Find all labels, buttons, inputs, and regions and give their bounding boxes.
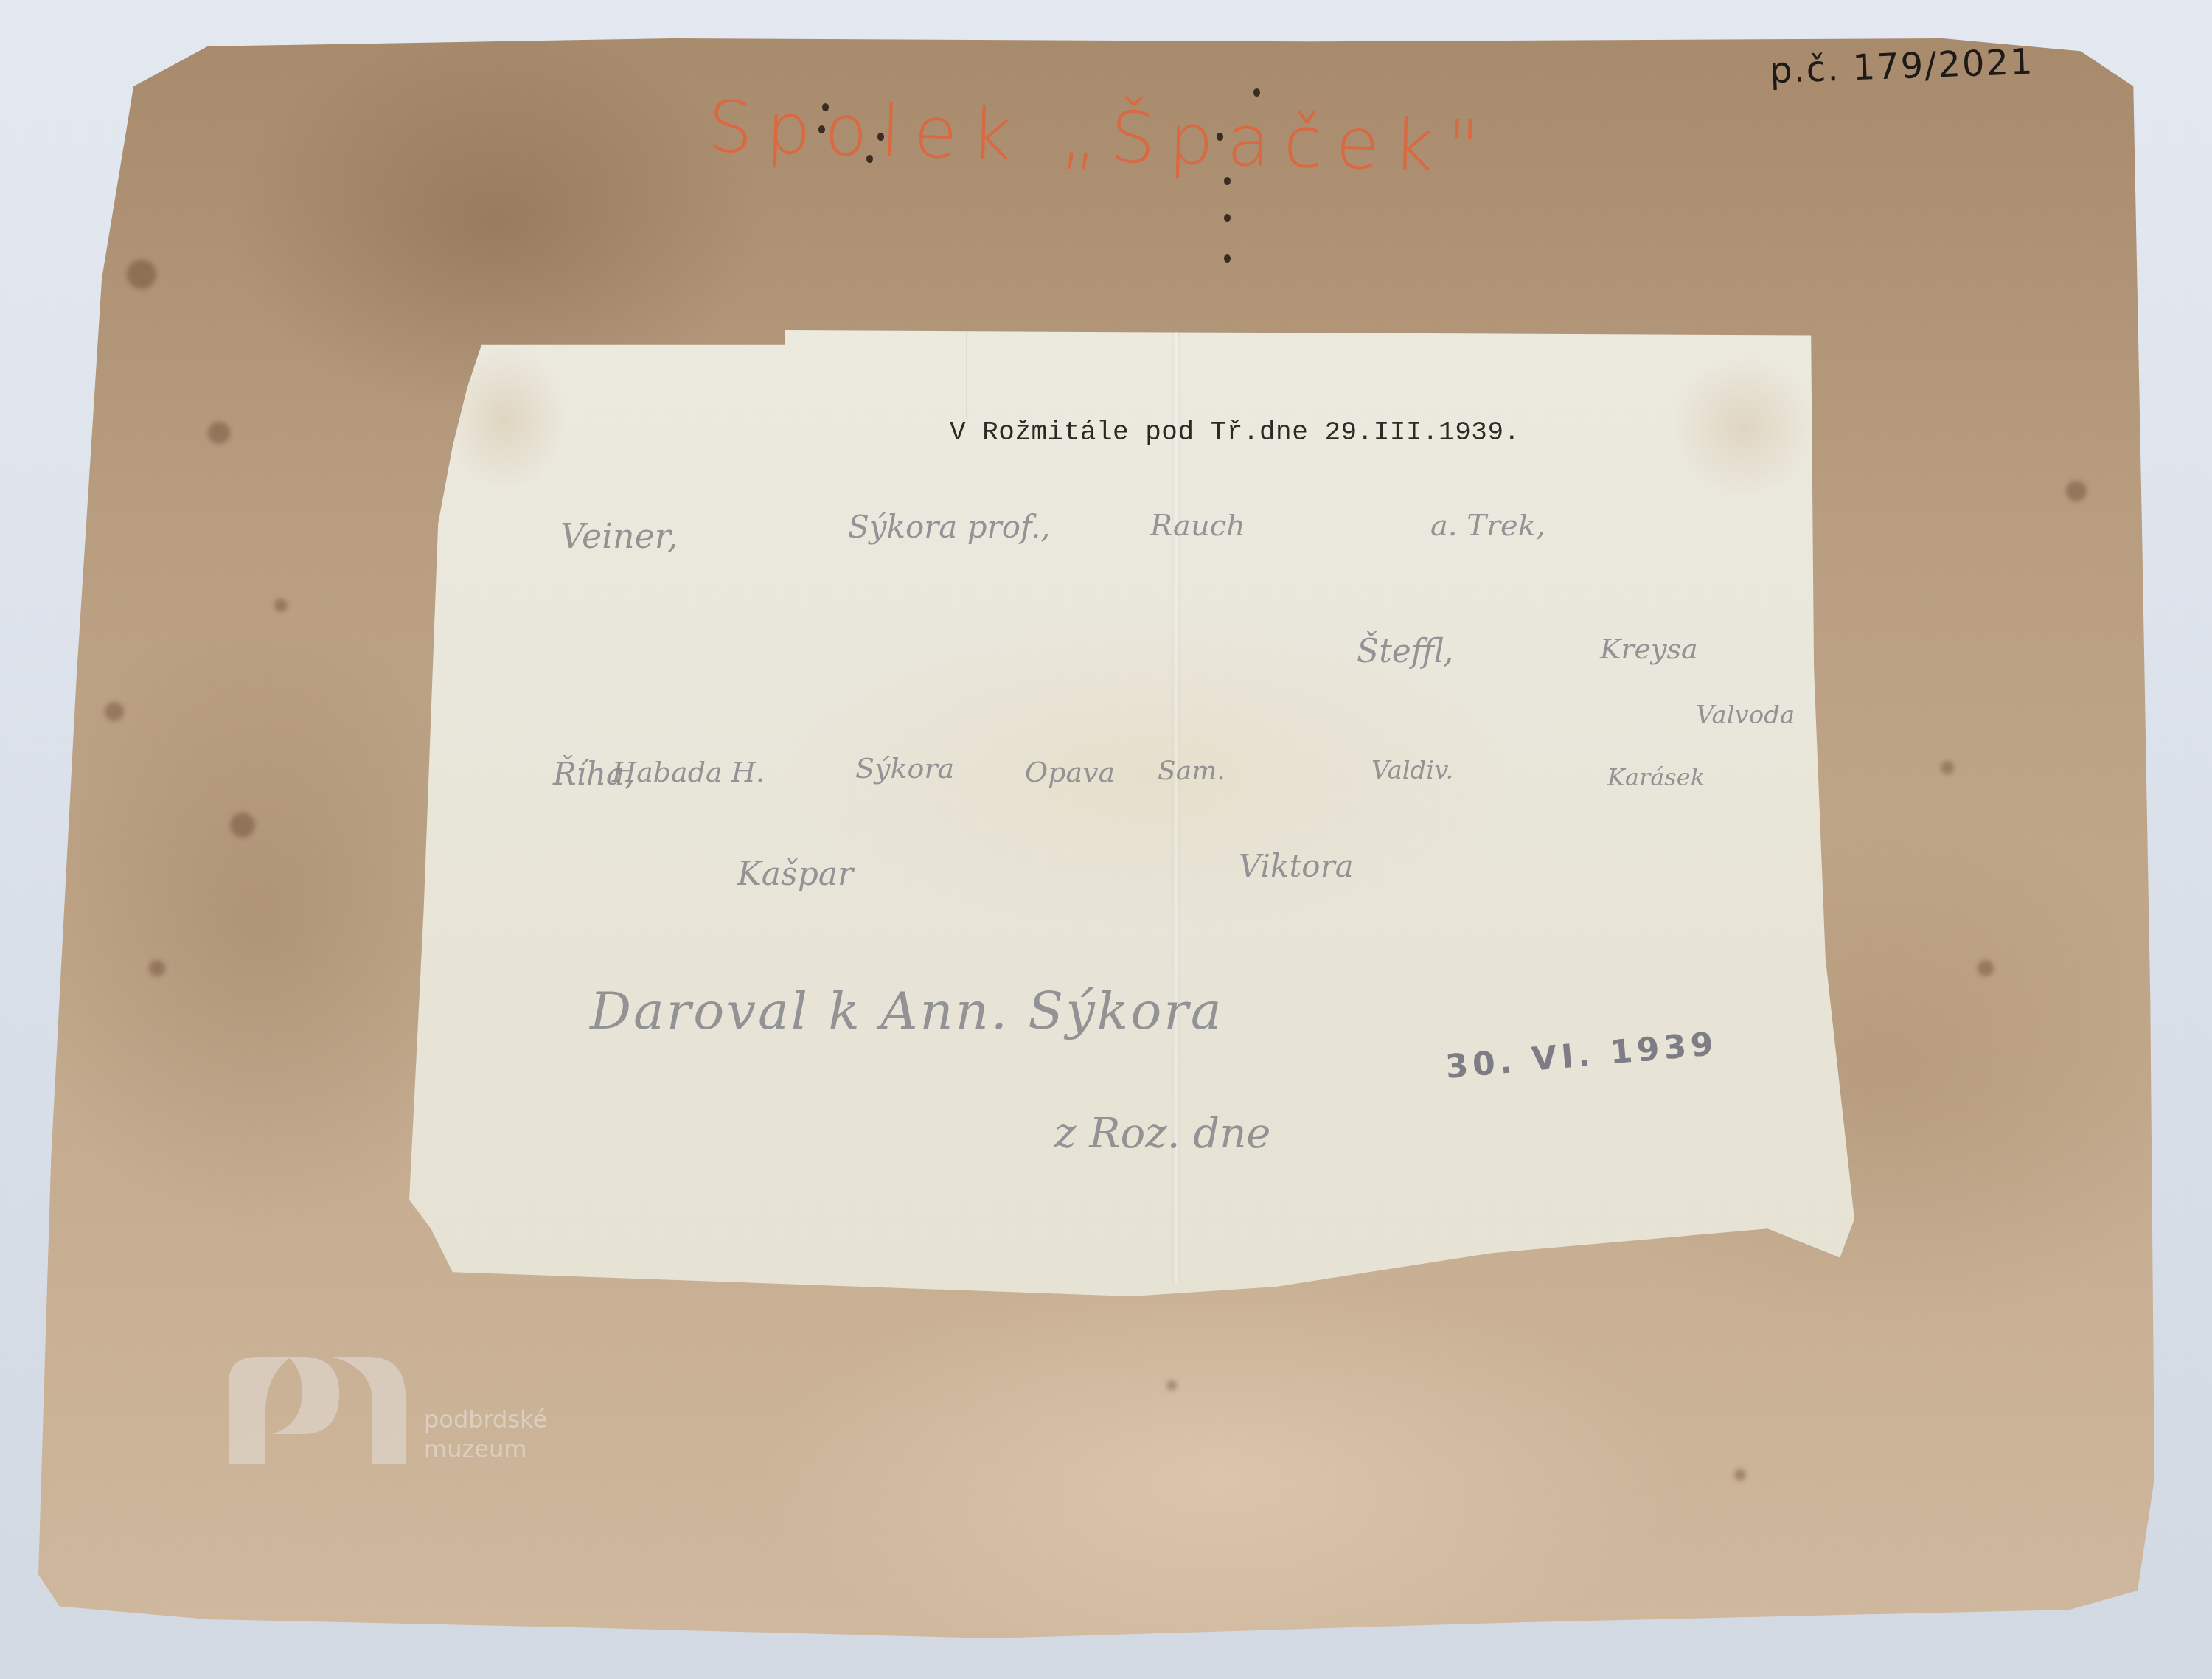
paper-tab-edge (966, 330, 967, 419)
handwritten-name: Habada H. (612, 756, 765, 788)
handwritten-name: Sýkora prof., (848, 509, 1051, 545)
handwritten-name: Opava (1025, 756, 1115, 788)
handwritten-name: Šteffl, (1357, 633, 1453, 670)
handwritten-name: Viktora (1239, 848, 1354, 884)
handwritten-name: Sýkora (855, 752, 954, 785)
handwritten-name: Rauch (1150, 509, 1245, 543)
handwritten-name: Veiner, (560, 516, 678, 556)
handwritten-name: Kreysa (1600, 633, 1698, 665)
museum-name-line1: podbrdské (424, 1405, 547, 1434)
museum-logo-icon (221, 1353, 413, 1464)
handwritten-name: Valvoda (1696, 701, 1795, 730)
handwritten-name: Kašpar (737, 855, 853, 893)
museum-name-line2: muzeum (424, 1434, 547, 1464)
handwritten-name: a. Trek, (1430, 509, 1545, 543)
donation-note-line2: z Roz. dne (1054, 1110, 1270, 1158)
handwritten-name: Karásek (1607, 763, 1705, 791)
museum-name: podbrdské muzeum (424, 1405, 547, 1464)
handwritten-name: Sam. (1158, 756, 1225, 786)
handwritten-name: Valdiv. (1371, 756, 1453, 785)
typed-place-date: V Rožmitále pod Tř.dne 29.III.1939. (950, 417, 1520, 448)
donation-note: Daroval k Ann. Sýkora (590, 981, 1224, 1041)
